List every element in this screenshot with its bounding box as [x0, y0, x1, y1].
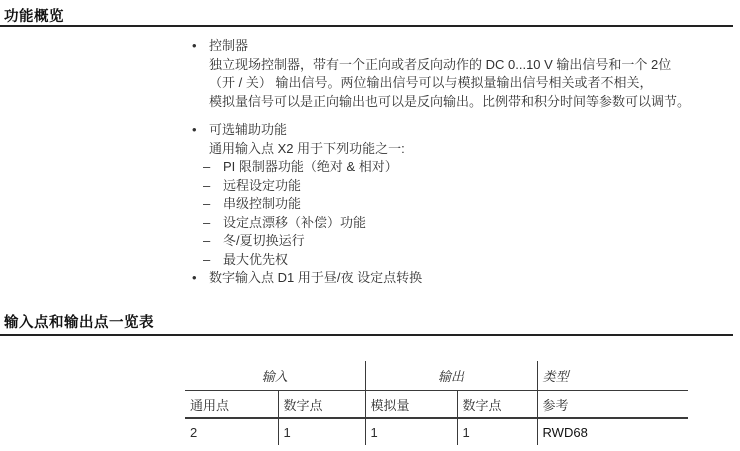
io-overview-table: 输入 输出 类型 通用点 数字点 模拟量 数字点 参考 2 1 1 1 RWD6…: [185, 361, 688, 445]
dash-text: 最大优先权: [223, 252, 288, 267]
dash-text: 设定点漂移（补偿）功能: [223, 215, 366, 230]
dash-item: – 冬/夏切换运行: [190, 232, 738, 251]
dash-icon: –: [203, 195, 210, 214]
column-header-digital-point-in: 数字点: [278, 391, 365, 419]
dash-icon: –: [203, 177, 210, 196]
dash-icon: –: [203, 251, 210, 270]
column-header-universal-point: 通用点: [185, 391, 278, 419]
bullet-icon: •: [192, 121, 197, 140]
dash-icon: –: [203, 214, 210, 233]
dash-text: 远程设定功能: [223, 178, 301, 193]
text-line: 模拟量信号可以是正向输出也可以是反向输出。比例带和积分时间等参数可以调节。: [190, 93, 738, 112]
dash-icon: –: [203, 158, 210, 177]
section-title-io-overview: 输入点和输出点一览表: [4, 311, 154, 332]
cell-digital-in-count: 1: [278, 418, 365, 445]
bullet-icon: •: [192, 37, 197, 56]
section-title-function-overview: 功能概览: [4, 5, 64, 26]
dash-item: – 串级控制功能: [190, 195, 738, 214]
text-line: （开 / 关） 输出信号。两位输出信号可以与模拟量输出信号相关或者不相关，: [190, 74, 738, 93]
bullet-item: • 可选辅助功能: [190, 121, 738, 140]
bullet-icon: •: [192, 269, 197, 288]
text-line: 独立现场控制器，带有一个正向或者反向动作的 DC 0...10 V 输出信号和一…: [190, 56, 738, 75]
table-row: 2 1 1 1 RWD68: [185, 418, 688, 445]
text-line: 通用输入点 X2 用于下列功能之一:: [190, 140, 738, 159]
column-header-reference: 参考: [537, 391, 688, 419]
bullet-text: 可选辅助功能: [209, 122, 287, 137]
group-header-output: 输出: [365, 361, 537, 391]
table-group-header-row: 输入 输出 类型: [185, 361, 688, 391]
function-overview-list: • 控制器 独立现场控制器，带有一个正向或者反向动作的 DC 0...10 V …: [190, 37, 738, 288]
section-rule-io-overview: [0, 334, 733, 336]
dash-item: – 远程设定功能: [190, 177, 738, 196]
cell-reference-model: RWD68: [537, 418, 688, 445]
dash-item: – 设定点漂移（补偿）功能: [190, 214, 738, 233]
group-header-type: 类型: [537, 361, 688, 391]
bullet-item: • 数字输入点 D1 用于昼/夜 设定点转换: [190, 269, 738, 288]
bullet-text: 数字输入点 D1 用于昼/夜 设定点转换: [209, 270, 422, 285]
paragraph-text: （开 / 关） 输出信号。两位输出信号可以与模拟量输出信号相关或者不相关，: [209, 75, 652, 90]
table-column-header-row: 通用点 数字点 模拟量 数字点 参考: [185, 391, 688, 419]
bullet-item: • 控制器: [190, 37, 738, 56]
dash-text: PI 限制器功能（绝对 & 相对）: [223, 159, 398, 174]
cell-digital-out-count: 1: [457, 418, 537, 445]
dash-text: 串级控制功能: [223, 196, 301, 211]
column-header-analog: 模拟量: [365, 391, 457, 419]
section-rule-function-overview: [0, 25, 733, 27]
paragraph-text: 通用输入点 X2 用于下列功能之一:: [209, 141, 405, 156]
dash-item: – 最大优先权: [190, 251, 738, 270]
cell-universal-point-count: 2: [185, 418, 278, 445]
paragraph-text: 独立现场控制器，带有一个正向或者反向动作的 DC 0...10 V 输出信号和一…: [209, 57, 671, 72]
dash-text: 冬/夏切换运行: [223, 233, 305, 248]
dash-icon: –: [203, 232, 210, 251]
cell-analog-count: 1: [365, 418, 457, 445]
dash-item: – PI 限制器功能（绝对 & 相对）: [190, 158, 738, 177]
bullet-text: 控制器: [209, 38, 248, 53]
paragraph-text: 模拟量信号可以是正向输出也可以是反向输出。比例带和积分时间等参数可以调节。: [209, 94, 690, 109]
group-header-input: 输入: [185, 361, 365, 391]
column-header-digital-point-out: 数字点: [457, 391, 537, 419]
